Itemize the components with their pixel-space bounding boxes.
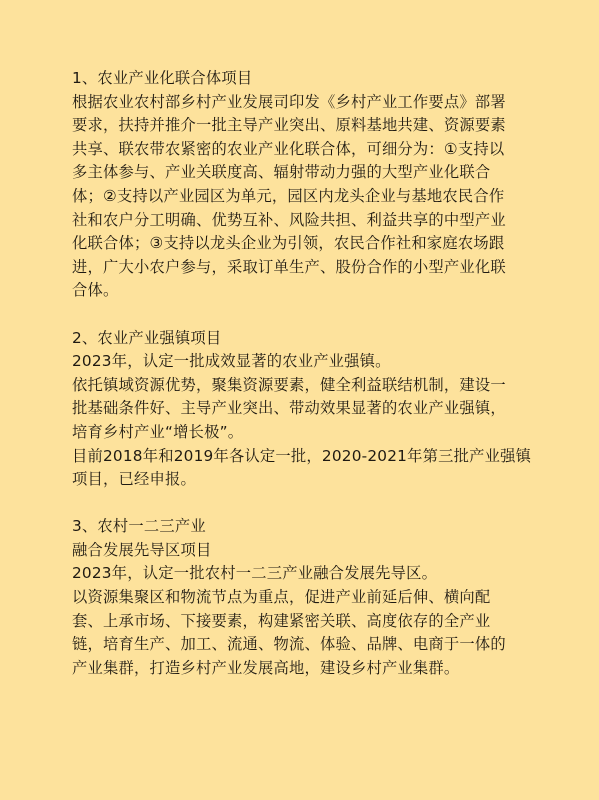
paragraph-line: 以资源集聚区和物流节点为重点，促进产业前延后伸、横向配 <box>72 586 542 610</box>
paragraph-line: 批基础条件好、主导产业突出、带动效果显著的农业产业强镇， <box>72 397 542 421</box>
paragraph-line: 社和农户分工明确、优势互补、风险共担、利益共享的中型产业 <box>72 209 542 233</box>
paragraph-line: 多主体参与、产业关联度高、辐射带动力强的大型产业化联合 <box>72 161 542 185</box>
paragraph-line: 共享、联农带农紧密的农业产业化联合体，可细分为：①支持以 <box>72 138 542 162</box>
section-heading: 3、农村一二三产业 <box>72 515 542 539</box>
paragraph-line: 项目，已经申报。 <box>72 468 542 492</box>
paragraph-line: 要求，扶持并推介一批主导产业突出、原料基地共建、资源要素 <box>72 114 542 138</box>
section-heading: 2、农业产业强镇项目 <box>72 327 542 351</box>
paragraph-line: 2023年，认定一批成效显著的农业产业强镇。 <box>72 350 542 374</box>
paragraph-line: 化联合体；③支持以龙头企业为引领，农民合作社和家庭农场跟 <box>72 232 542 256</box>
paragraph-line: 进，广大小农户参与，采取订单生产、股份合作的小型产业化联 <box>72 256 542 280</box>
section-heading: 1、农业产业化联合体项目 <box>72 67 542 91</box>
paragraph-line: 培育乡村产业“增长极”。 <box>72 421 542 445</box>
paragraph-line: 2023年，认定一批农村一二三产业融合发展先导区。 <box>72 562 542 586</box>
paragraph-line: 目前2018年和2019年各认定一批，2020-2021年第三批产业强镇 <box>72 445 542 469</box>
paragraph-line: 产业集群，打造乡村产业发展高地，建设乡村产业集群。 <box>72 657 542 681</box>
paragraph-line: 依托镇域资源优势，聚集资源要素，健全利益联结机制，建设一 <box>72 374 542 398</box>
paragraph-line: 合体。 <box>72 279 542 303</box>
section-agri-strong-town: 2、农业产业强镇项目 2023年，认定一批成效显著的农业产业强镇。 依托镇域资源… <box>72 327 542 492</box>
paragraph-line: 链，培育生产、加工、流通、物流、体验、品牌、电商于一体的 <box>72 633 542 657</box>
paragraph-line: 根据农业农村部乡村产业发展司印发《乡村产业工作要点》部署 <box>72 91 542 115</box>
paragraph-line: 融合发展先导区项目 <box>72 539 542 563</box>
document-body: 1、农业产业化联合体项目 根据农业农村部乡村产业发展司印发《乡村产业工作要点》部… <box>72 67 542 680</box>
section-agri-industrial-consortium: 1、农业产业化联合体项目 根据农业农村部乡村产业发展司印发《乡村产业工作要点》部… <box>72 67 542 303</box>
section-rural-industry-integration: 3、农村一二三产业 融合发展先导区项目 2023年，认定一批农村一二三产业融合发… <box>72 515 542 680</box>
paragraph-line: 套、上承市场、下接要素，构建紧密关联、高度依存的全产业 <box>72 610 542 634</box>
paragraph-line: 体；②支持以产业园区为单元，园区内龙头企业与基地农民合作 <box>72 185 542 209</box>
